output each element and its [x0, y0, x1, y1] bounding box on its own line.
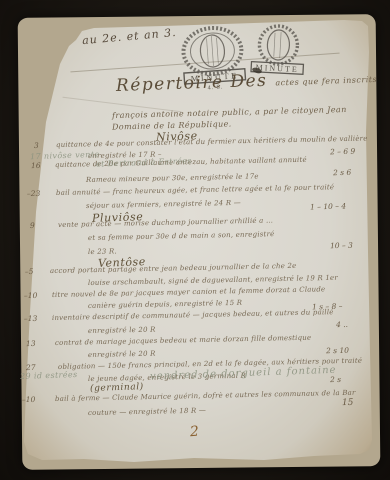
entry-amount: 10 – 3: [330, 241, 353, 251]
entry-day: –10: [22, 395, 35, 404]
entry-amount: 2 – 6 9: [330, 147, 355, 157]
entry-day: –5: [25, 267, 34, 276]
entry-text: enregistré le 20 R: [88, 326, 156, 335]
entry-amount: 2 s: [330, 375, 341, 384]
title-continuation: actes que fera inscrits: [275, 75, 377, 88]
entry-day: 9: [30, 221, 35, 230]
entry-day: –10: [24, 291, 37, 300]
entry-day: 13: [26, 339, 36, 348]
entry-text: le 23 R.: [88, 247, 117, 256]
entry-amount: 2 s 10: [326, 346, 349, 356]
entry-amount: 1 – 10 – 4: [310, 202, 346, 212]
entry-amount: 2 s 6: [333, 168, 351, 177]
entry-text: enregistré le 20 R: [88, 350, 156, 359]
scanned-manuscript-page: au 2e. et an 3. MINUTE 4. S. MINUTE Répe…: [0, 0, 390, 480]
entry-day: –13: [24, 314, 37, 323]
entry-day: 3: [34, 141, 39, 150]
month-heading-germinal: (germinal): [90, 382, 144, 394]
entry-amount: 4 ..: [336, 320, 348, 329]
page-number: 2: [189, 424, 199, 441]
entry-day: –23: [27, 189, 40, 198]
entry-amount: 15: [342, 398, 354, 408]
entry-day: 16: [31, 161, 41, 170]
